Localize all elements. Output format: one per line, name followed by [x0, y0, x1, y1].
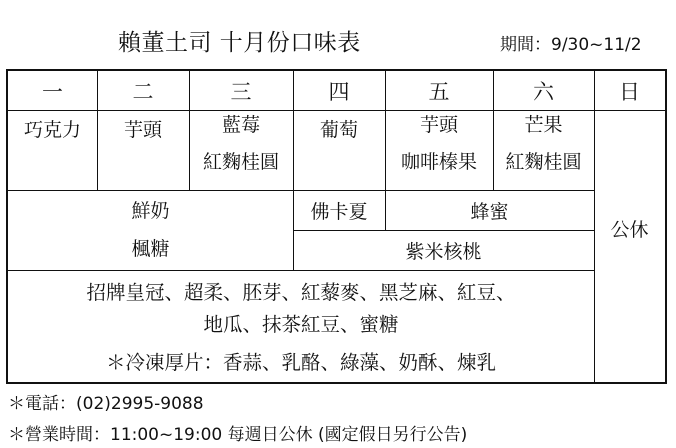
- phone-info: ＊電話：(02)2995-9088: [8, 389, 204, 414]
- day-header-fri: 五: [385, 71, 493, 110]
- flavor-list: 招牌皇冠、超柔、胚芽、紅藜麥、黑芝麻、紅豆、: [86, 277, 515, 309]
- flavor-cell-sat: 芒果 紅麴桂圓: [493, 107, 594, 181]
- flavor-cell-mon: 巧克力: [8, 115, 97, 142]
- flavor-cell-thu: 葡萄: [293, 115, 385, 142]
- flavor: 鮮奶: [131, 192, 169, 230]
- flavor: 芋頭: [124, 115, 162, 142]
- fri-sat-honey: 蜂蜜: [385, 190, 594, 230]
- everyday-flavors: 招牌皇冠、超柔、胚芽、紅藜麥、黑芝麻、紅豆、 地瓜、抹茶紅豆、蜜糖: [8, 277, 594, 341]
- flavor: 紅麴桂圓: [203, 144, 279, 181]
- flavor: 蜂蜜: [470, 197, 508, 224]
- flavor-cell-fri: 芋頭 咖啡榛果: [385, 107, 493, 181]
- sunday-closed-cell: 公休: [594, 110, 665, 346]
- flavor: 葡萄: [320, 115, 358, 142]
- flavor-cell-wed: 藍莓 紅麴桂圓: [189, 107, 293, 181]
- day-header-thu: 四: [293, 71, 385, 110]
- frozen-list: ＊冷凍厚片：香蒜、乳酪、綠藻、奶酥、煉乳: [106, 347, 496, 375]
- flavor: 芒果: [524, 107, 562, 144]
- divider: [8, 270, 594, 271]
- day-header-tue: 二: [97, 71, 189, 110]
- mon-wed-flavors: 鮮奶 楓糖: [8, 190, 293, 270]
- closed-label: 公休: [610, 215, 648, 242]
- day-header-sat: 六: [493, 71, 594, 110]
- flavor: 紫米核桃: [405, 237, 481, 264]
- frozen-toast-flavors: ＊冷凍厚片：香蒜、乳酪、綠藻、奶酥、煉乳: [8, 347, 594, 375]
- flavor: 佛卡夏: [310, 197, 367, 224]
- page-title: 賴董土司 十月份口味表: [118, 24, 361, 57]
- flavor: 楓糖: [131, 230, 169, 268]
- thu-sat-purple-rice: 紫米核桃: [293, 230, 594, 270]
- flavor: 紅麴桂圓: [505, 144, 581, 181]
- day-header-mon: 一: [8, 71, 97, 110]
- flavor-list: 地瓜、抹茶紅豆、蜜糖: [203, 309, 398, 341]
- flavor: 芋頭: [420, 107, 458, 144]
- business-hours: ＊營業時間：11:00~19:00 每週日公休 (國定假日另行公告): [8, 420, 467, 445]
- flavor: 巧克力: [24, 115, 81, 142]
- flavor-schedule-table: 一 二 三 四 五 六 日 巧克力 芋頭 藍莓 紅麴桂圓 葡萄 芋頭 咖啡榛果 …: [6, 69, 667, 384]
- flavor: 咖啡榛果: [401, 144, 477, 181]
- day-header-wed: 三: [189, 71, 293, 110]
- day-header-sun: 日: [594, 71, 665, 110]
- flavor: 藍莓: [222, 107, 260, 144]
- flavor-cell-tue: 芋頭: [97, 115, 189, 142]
- period-label: 期間：9/30~11/2: [500, 30, 642, 55]
- thu-focaccia: 佛卡夏: [293, 190, 385, 230]
